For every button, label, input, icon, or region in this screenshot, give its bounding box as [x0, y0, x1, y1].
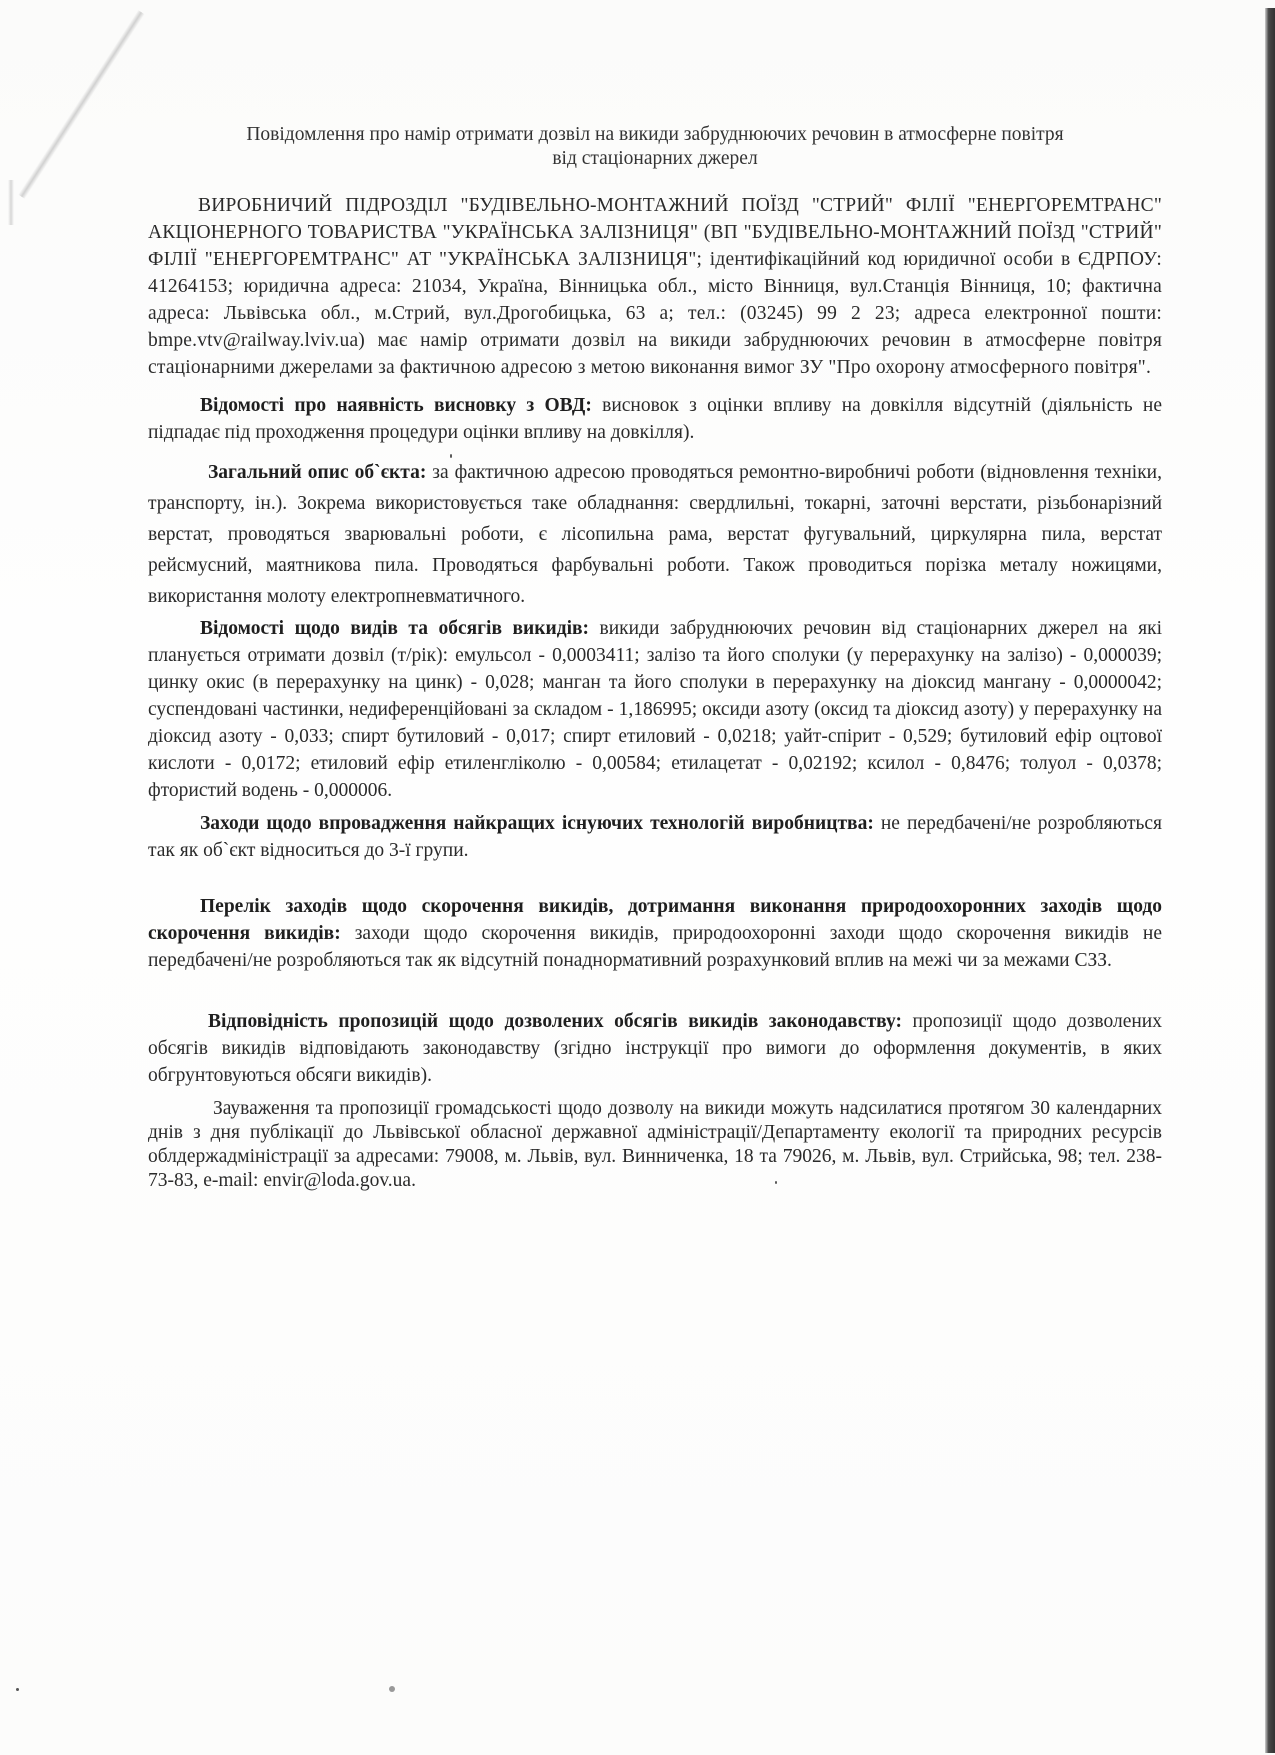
public-comments-paragraph: Зауваження та пропозиції громадськості щ… — [148, 1097, 1162, 1193]
document-title: Повідомлення про намір отримати дозвіл н… — [148, 123, 1162, 171]
scanned-page: Повідомлення про намір отримати дозвіл н… — [0, 0, 1275, 1755]
section-ovd: Відомості про наявність висновку з ОВД: … — [148, 392, 1162, 446]
scan-speck — [16, 1688, 19, 1691]
section-compliance: Відповідність пропозицій щодо дозволених… — [148, 1008, 1162, 1089]
section-heading: Загальний опис об`єкта: — [208, 462, 426, 483]
section-text: викиди забруднюючих речовин від стаціона… — [148, 618, 1162, 801]
title-line-2: від стаціонарних джерел — [148, 147, 1162, 171]
scan-speck — [389, 1686, 395, 1692]
section-reduction-measures: Перелік заходів щодо скорочення викидів,… — [148, 893, 1162, 974]
section-heading: Відомості про наявність висновку з ОВД: — [200, 395, 592, 416]
section-heading: Заходи щодо впровадження найкращих існую… — [200, 813, 874, 834]
section-text: за фактичною адресою проводяться ремонтн… — [148, 462, 1162, 607]
section-best-technologies: Заходи щодо впровадження найкращих існую… — [148, 810, 1162, 864]
section-object-description: Загальний опис об`єкта: за фактичною адр… — [148, 457, 1162, 612]
section-emissions: Відомості щодо видів та обсягів викидів:… — [148, 615, 1162, 804]
title-line-1: Повідомлення про намір отримати дозвіл н… — [148, 123, 1162, 147]
section-heading: Відповідність пропозицій щодо дозволених… — [208, 1011, 902, 1032]
document-body: Повідомлення про намір отримати дозвіл н… — [148, 123, 1162, 1193]
paper-fold-mark — [18, 10, 145, 199]
section-heading: Відомості щодо видів та обсягів викидів: — [200, 618, 589, 639]
paper-fold-mark-lower — [8, 180, 14, 225]
scan-edge-shadow — [1265, 8, 1275, 1753]
intro-paragraph: ВИРОБНИЧИЙ ПІДРОЗДІЛ "БУДІВЕЛЬНО-МОНТАЖН… — [148, 192, 1162, 381]
